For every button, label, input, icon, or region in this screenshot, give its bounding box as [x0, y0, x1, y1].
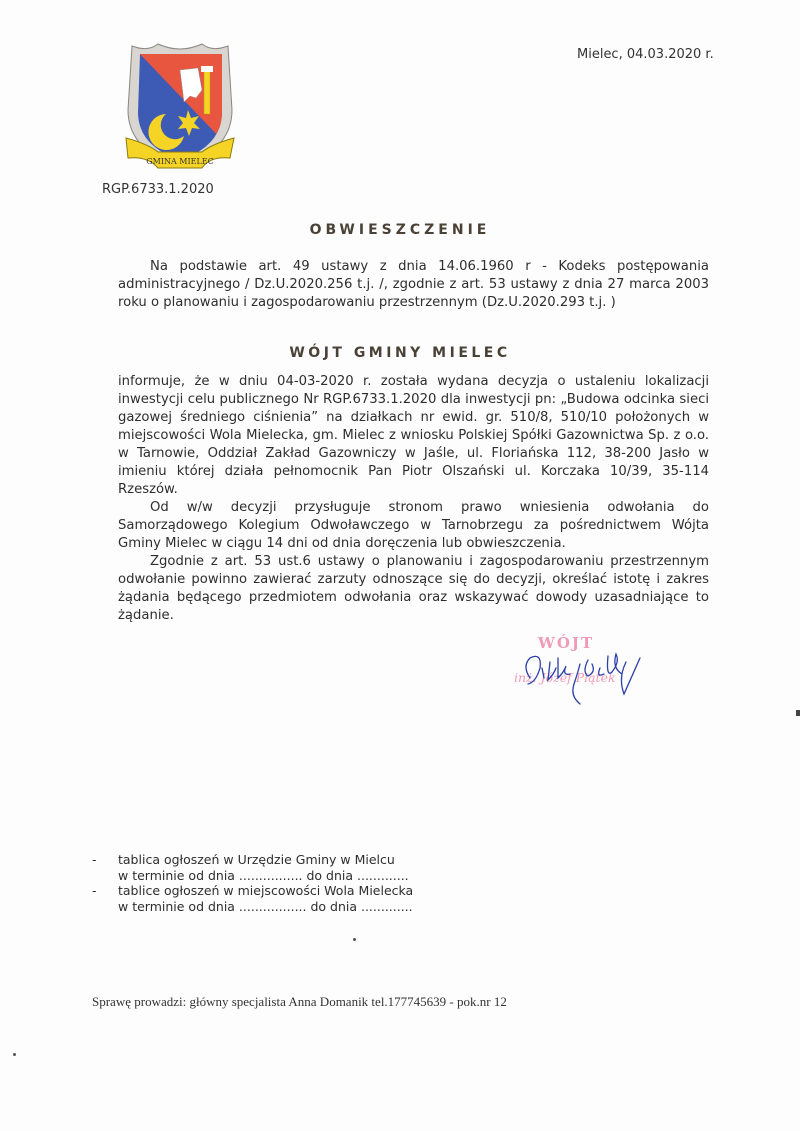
posting-location: tablica ogłoszeń w Urzędzie Gminy w Miel…	[118, 852, 395, 868]
svg-text:GMINA MIELEC: GMINA MIELEC	[146, 157, 214, 166]
case-officer-footer: Sprawę prowadzi: główny specjalista Anna…	[92, 994, 507, 1010]
posting-location: tablice ogłoszeń w miejscowości Wola Mie…	[118, 883, 413, 899]
document-title: OBWIESZCZENIE	[0, 222, 800, 238]
legal-basis-paragraph: Na podstawie art. 49 ustawy z dnia 14.06…	[118, 258, 709, 312]
appeal-paragraph: Od w/w decyzji przysługuje stronom prawo…	[118, 499, 709, 553]
scan-edge-mark	[796, 710, 800, 716]
scan-speck	[353, 938, 356, 941]
document-page: GMINA MIELEC RGP.6733.1.2020 Mielec, 04.…	[0, 0, 800, 1131]
list-dash: -	[92, 883, 118, 899]
place-and-date: Mielec, 04.03.2020 r.	[577, 47, 714, 62]
posting-period: w terminie od dnia ................. do …	[92, 899, 413, 915]
notice-body: informuje, że w dniu 04-03-2020 r. zosta…	[118, 373, 709, 625]
posting-period: w terminie od dnia ................ do d…	[92, 868, 413, 884]
posting-locations-list: - tablica ogłoszeń w Urzędzie Gminy w Mi…	[92, 852, 413, 914]
decision-paragraph: informuje, że w dniu 04-03-2020 r. zosta…	[118, 373, 709, 499]
posting-item: - tablica ogłoszeń w Urzędzie Gminy w Mi…	[92, 852, 413, 883]
reference-number: RGP.6733.1.2020	[102, 182, 214, 197]
issuing-authority: WÓJT GMINY MIELEC	[0, 345, 800, 361]
signature-stamp: WÓJT inż. Józef Piątek	[508, 634, 658, 704]
coat-of-arms-icon: GMINA MIELEC	[118, 40, 242, 178]
list-dash: -	[92, 852, 118, 868]
posting-item: - tablice ogłoszeń w miejscowości Wola M…	[92, 883, 413, 914]
handwritten-signature-icon	[508, 638, 658, 708]
legal-basis-text: Na podstawie art. 49 ustawy z dnia 14.06…	[118, 258, 709, 312]
appeal-requirements-paragraph: Zgodnie z art. 53 ust.6 ustawy o planowa…	[118, 553, 709, 625]
scan-speck	[13, 1053, 16, 1056]
